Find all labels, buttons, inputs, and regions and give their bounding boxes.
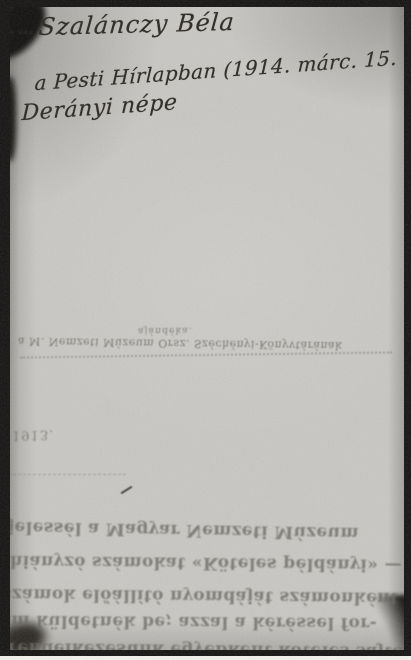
bleedthrough-print-line-5: rendelkezésünk egyébként köteles sajtó [10, 638, 404, 650]
bottom-left-smudge [10, 618, 49, 650]
bleedthrough-dotted-rule [20, 351, 392, 358]
handwritten-title-note: Derányi népe [21, 90, 178, 126]
scanned-book-page: a una a Szalánczy Béla a Pesti Hírlapban… [10, 7, 404, 650]
photo-white-edge [0, 656, 411, 660]
bottom-right-corner-curl [375, 595, 404, 650]
bleedthrough-print-line-3: számok előállító nyomdáját számonként [10, 584, 398, 608]
bleedthrough-print-line-2: hiányzó számokat «Köteles példányi» — [10, 551, 402, 575]
handwritten-author-name: Szalánczy Béla [38, 8, 236, 41]
bleedthrough-print-line-1: jelessél a Magyar Nemzeti Múzeum [10, 517, 359, 543]
bleedthrough-stamp-line-2: a M. Nemzeti Múzeum Orsz. Széchényi-Köny… [18, 335, 342, 353]
faint-dashed-line [10, 474, 126, 475]
ink-speck [120, 486, 132, 495]
bleedthrough-stamp-line-1: ajándéka. [138, 325, 193, 335]
bleedthrough-year: 1913. [12, 426, 55, 442]
left-edge-blotch [10, 77, 16, 161]
bleedthrough-print-line-4: ám küldetnék be; azzal a kéréssel for- [10, 611, 377, 634]
handwritten-source-note: a Pesti Hírlapban (1914. márc. 15. [34, 46, 397, 95]
